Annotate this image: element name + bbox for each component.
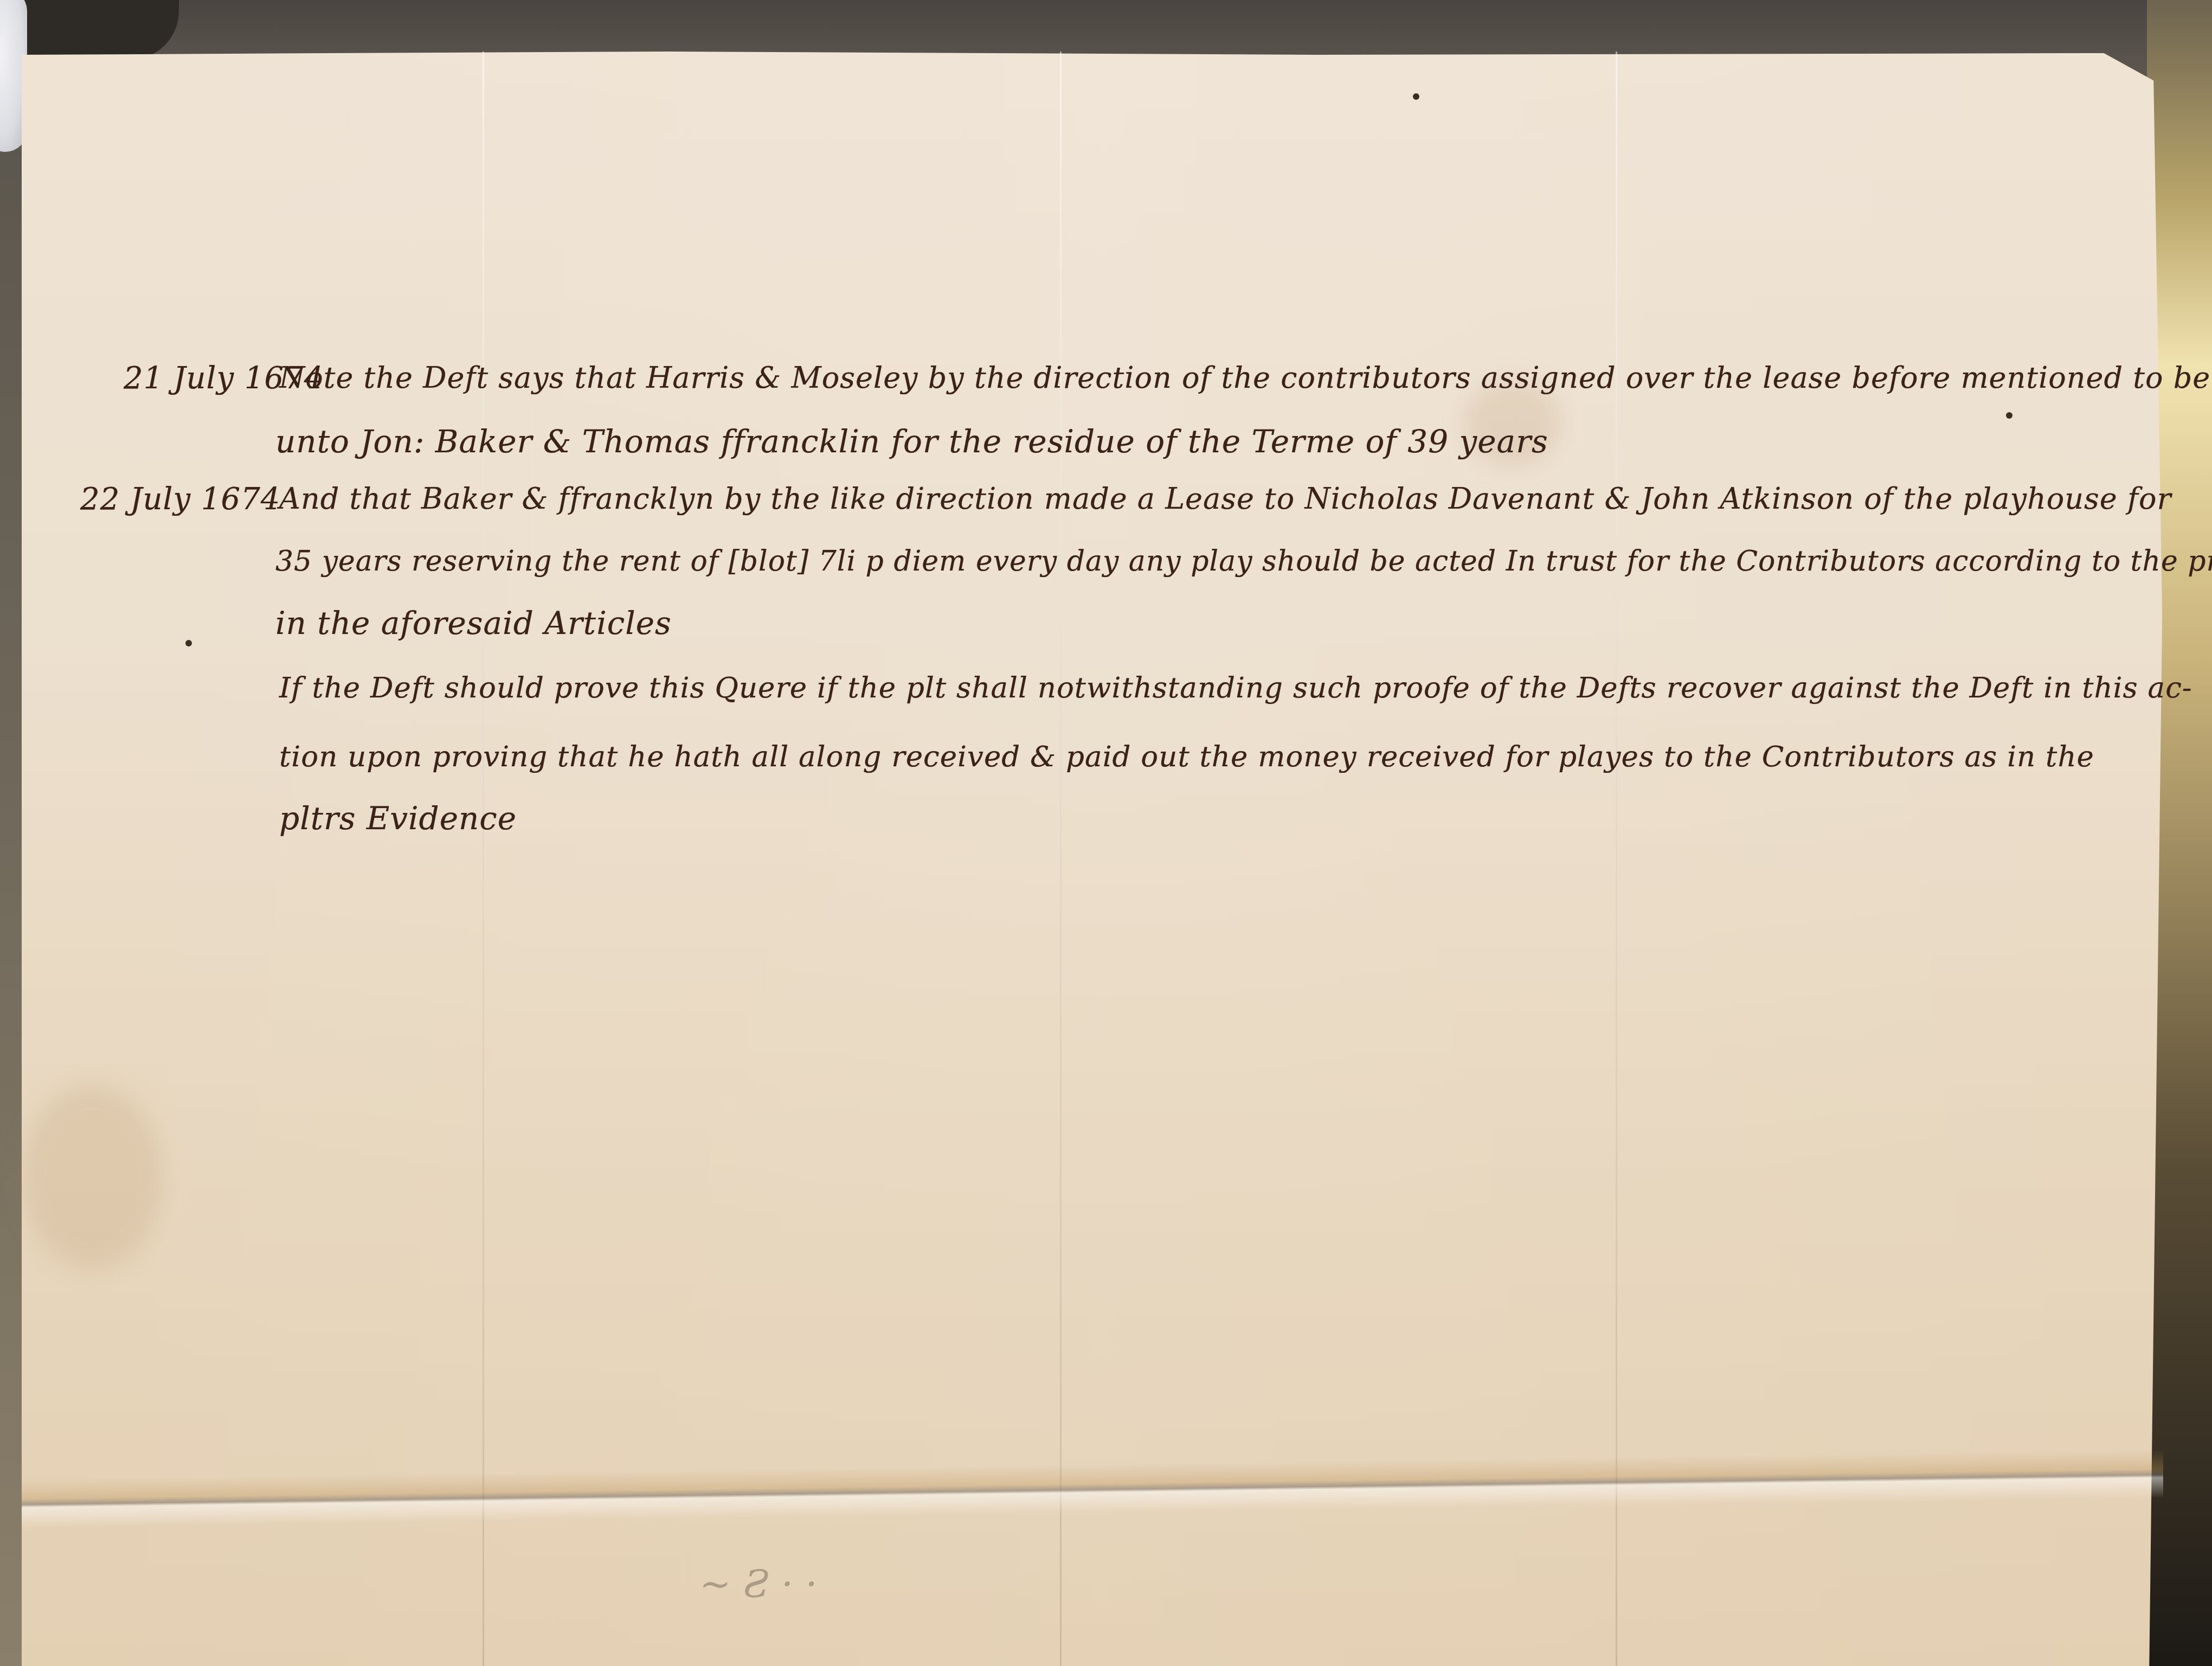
manuscript-text: 21 July 1674 Note the Deft says that Har… [0,0,2212,1666]
entry-line: And that Baker & ffrancklyn by the like … [279,482,2171,516]
entry-date: 22 July 1674 [80,482,280,517]
entry-line: Note the Deft says that Harris & Moseley… [279,361,2212,395]
faint-ink-marks: ~ Ƨ · · [699,1562,818,1606]
entry-line: 35 years reserving the rent of [blot] 7l… [275,545,2212,578]
entry-line: in the aforesaid Articles [275,605,672,642]
query-line: tion upon proving that he hath all along… [279,740,2094,773]
query-line: If the Deft should prove this Quere if t… [279,671,2192,704]
entry-line: unto Jon: Baker & Thomas ffrancklin for … [275,423,1548,460]
query-line: pltrs Evidence [279,800,517,837]
